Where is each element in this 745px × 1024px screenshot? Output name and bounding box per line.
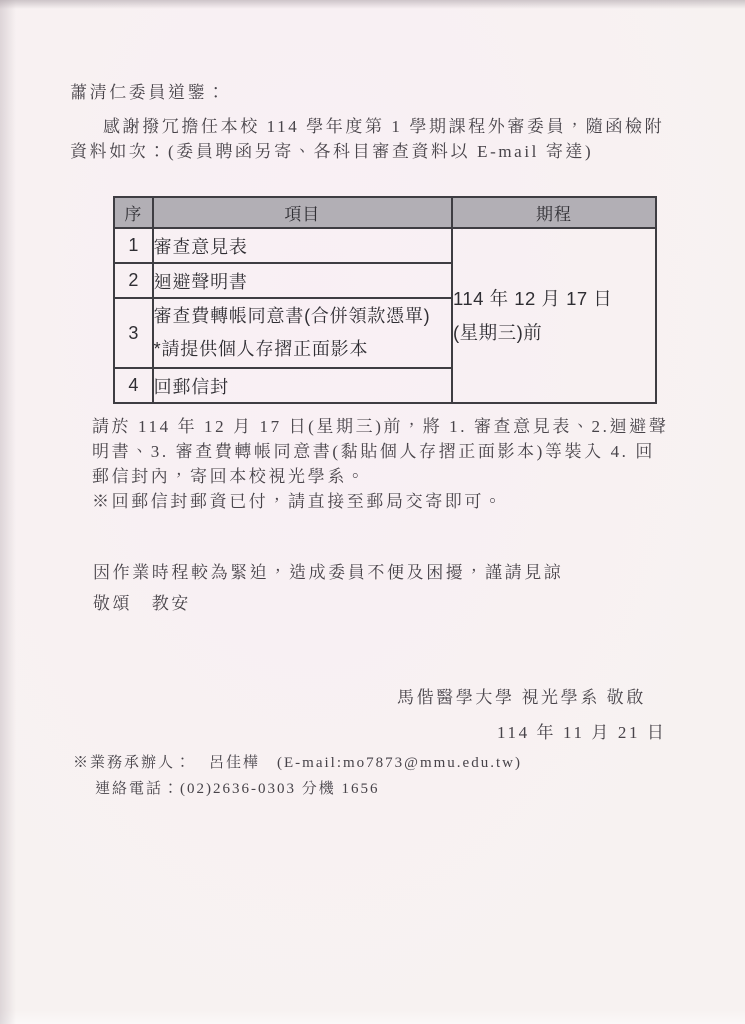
instructions-line-1: 請於 114 年 12 月 17 日(星期三)前，將 1. 審查意見表、2.迴避… — [92, 414, 668, 439]
contact-phone-line: 連絡電話：(02)2636-0303 分機 1656 — [95, 776, 380, 802]
row-item-note: *請提供個人存摺正面影本 — [154, 333, 451, 366]
row-item: 審查費轉帳同意書(合併領款憑單) *請提供個人存摺正面影本 — [153, 298, 452, 368]
row-seq: 4 — [114, 368, 153, 403]
deadline-line-2: (星期三)前 — [453, 316, 655, 350]
signature-org: 馬偕醫學大學 視光學系 敬啟 — [397, 685, 646, 710]
instructions-paragraph: 請於 114 年 12 月 17 日(星期三)前，將 1. 審查意見表、2.迴避… — [92, 414, 668, 514]
scanned-letter-page: 蕭清仁委員道鑒： 感謝撥冗擔任本校 114 學年度第 1 學期課程外審委員，隨函… — [0, 0, 745, 1024]
contact-person-line: ※業務承辦人： 呂佳樺 (E-mail:mo7873@mmu.edu.tw) — [73, 750, 522, 776]
intro-line-1: 感謝撥冗擔任本校 114 學年度第 1 學期課程外審委員，隨函檢附 — [103, 114, 664, 139]
attachments-table: 序 項目 期程 1 審查意見表 114 年 12 月 17 日 (星期三)前 2… — [113, 196, 657, 404]
row-item-main: 審查費轉帳同意書(合併領款憑單) — [154, 300, 451, 333]
postage-note: ※回郵信封郵資已付，請直接至郵局交寄即可。 — [92, 489, 668, 514]
row-item: 回郵信封 — [153, 368, 452, 403]
row-seq: 3 — [114, 298, 153, 368]
col-header-seq: 序 — [114, 197, 153, 228]
deadline-cell: 114 年 12 月 17 日 (星期三)前 — [452, 228, 656, 403]
deadline-line-1: 114 年 12 月 17 日 — [453, 282, 655, 316]
col-header-deadline: 期程 — [452, 197, 656, 228]
salutation: 蕭清仁委員道鑒： — [70, 80, 227, 105]
col-header-item: 項目 — [153, 197, 452, 228]
signature-date: 114 年 11 月 21 日 — [497, 720, 667, 745]
instructions-line-2: 明書、3. 審查費轉帳同意書(黏貼個人存摺正面影本)等裝入 4. 回 — [92, 439, 668, 464]
attachments-table-body: 1 審查意見表 114 年 12 月 17 日 (星期三)前 2 迴避聲明書 3… — [114, 228, 656, 403]
row-seq: 1 — [114, 228, 153, 263]
instructions-line-3: 郵信封內，寄回本校視光學系。 — [92, 464, 668, 489]
intro-line-2: 資料如次：(委員聘函另寄、各科目審查資料以 E-mail 寄達) — [70, 139, 664, 164]
closing-salute: 敬頌 教安 — [93, 591, 191, 616]
table-row: 1 審查意見表 114 年 12 月 17 日 (星期三)前 — [114, 228, 656, 263]
header-row: 序 項目 期程 — [114, 197, 656, 228]
apology-line: 因作業時程較為緊迫，造成委員不便及困擾，謹請見諒 — [93, 560, 563, 585]
row-item: 迴避聲明書 — [153, 263, 452, 298]
row-seq: 2 — [114, 263, 153, 298]
attachments-table-head: 序 項目 期程 — [114, 197, 656, 228]
intro-paragraph: 感謝撥冗擔任本校 114 學年度第 1 學期課程外審委員，隨函檢附 資料如次：(… — [70, 114, 664, 164]
row-item: 審查意見表 — [153, 228, 452, 263]
